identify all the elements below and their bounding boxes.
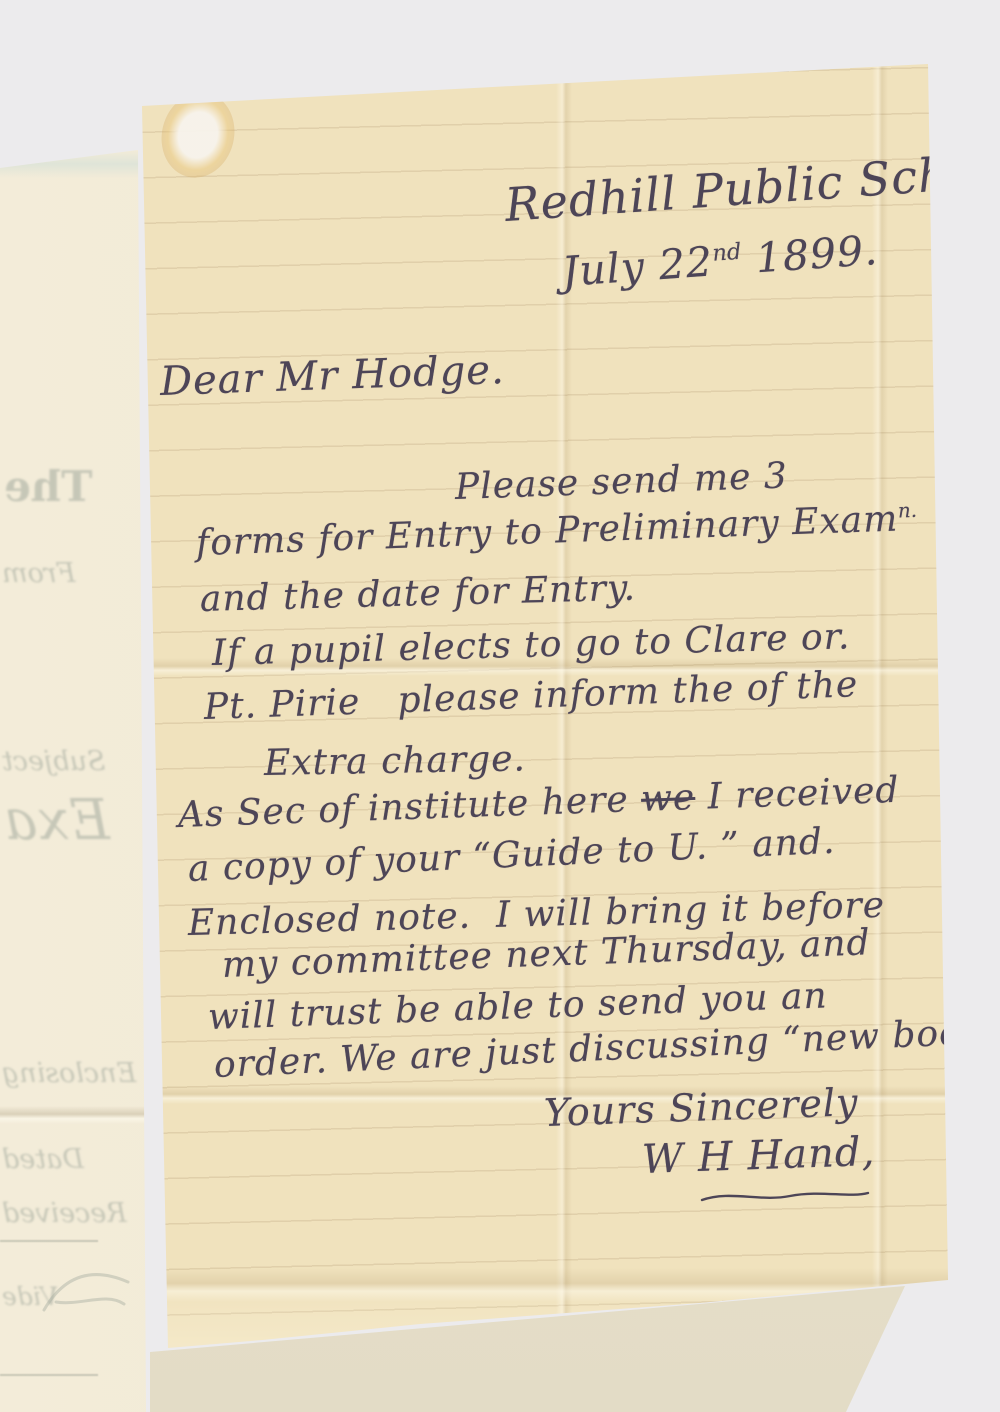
ghost-label-dated: Dated (2, 1144, 84, 1175)
letter-sheet: Redhill Public School July 22nd 1899. De… (0, 0, 1000, 1412)
under-page-fold-crease (0, 1106, 146, 1124)
ghost-label-the: The (4, 462, 93, 511)
signature: W H Hand, (641, 1132, 876, 1180)
ghost-label-enclosing: Enclosing (2, 1058, 136, 1089)
ghost-label-from: From (2, 558, 76, 589)
letter-date-suffix: nd (711, 239, 742, 267)
salutation: Dear Mr Hodge. (159, 350, 505, 402)
body-line: Extra charge. (264, 741, 527, 782)
ghost-rule (0, 1374, 98, 1376)
ghost-label-received: Received (2, 1198, 127, 1229)
ghost-label-subject: Subject (2, 746, 106, 777)
under-page-band (0, 150, 138, 178)
superscript: n. (898, 499, 918, 523)
ghost-mark (36, 1262, 136, 1318)
closing: Yours Sincerely (543, 1083, 859, 1132)
scanned-letter-page: The From Subject Exa Enclosing Dated Rec… (0, 0, 1000, 1412)
body-line-text: I received (694, 770, 900, 818)
ghost-label-exam: Exa (4, 788, 110, 853)
ghost-rule (0, 1240, 98, 1242)
fold-crease-vertical (872, 0, 888, 1412)
letter-date-year: 1899. (740, 226, 879, 283)
struck-word: we (640, 777, 696, 820)
signature-flourish (700, 1188, 870, 1206)
